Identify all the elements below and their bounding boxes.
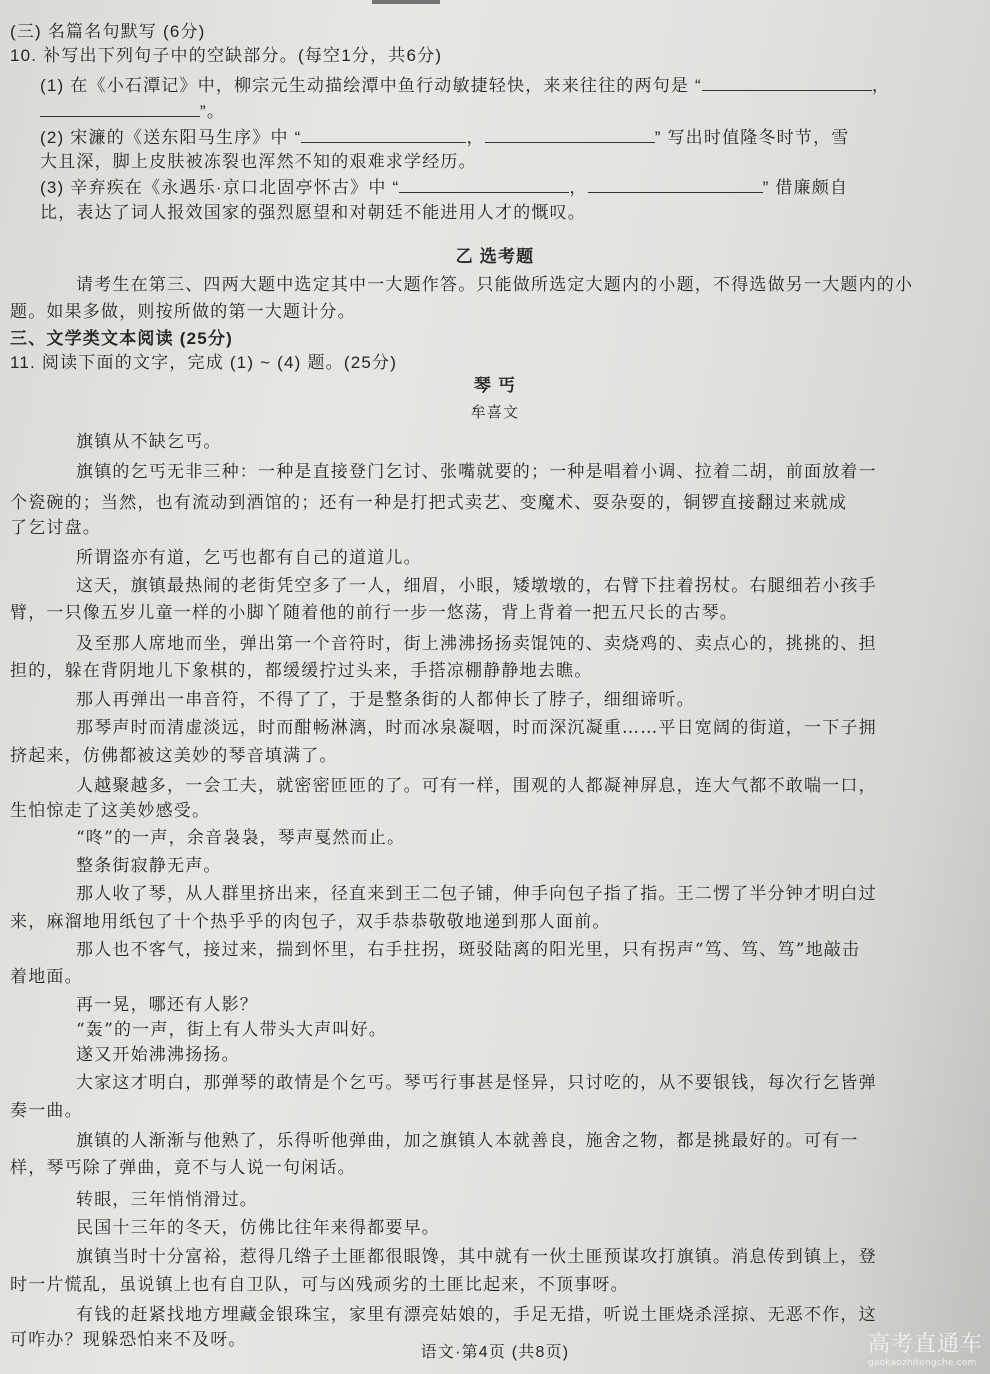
section-header-famous-quotes: (三) 名篇名句默写 (6分) [10, 22, 206, 42]
story-line: 民国十三年的冬天，仿佛比往年来得都要早。 [76, 1218, 440, 1238]
story-line: 所谓盗亦有道，乞丐也都有自己的道道儿。 [76, 548, 422, 568]
top-edge-mark [372, 0, 440, 4]
watermark-url: gaokaozhitongche.com [868, 1357, 983, 1369]
question-10-item-1-line2: ”。 [40, 102, 225, 122]
story-line: 遂又开始沸沸扬扬。 [76, 1045, 240, 1065]
story-line: 着地面。 [10, 967, 83, 987]
question-11-stem: 11. 阅读下面的文字，完成 (1) ~ (4) 题。(25分) [10, 353, 397, 373]
story-line: 个瓷碗的；当然，也有流动到酒馆的；还有一种是打把式卖艺、变魔术、耍杂耍的，铜锣直… [10, 493, 847, 513]
story-line: 时一片慌乱，虽说镇上也有自卫队，可与凶残顽劣的土匪比起来，不顶事呀。 [10, 1275, 629, 1295]
watermark-title: 高考直通车 [868, 1333, 983, 1357]
exam-page: (三) 名篇名句默写 (6分) 10. 补写出下列句子中的空缺部分。(每空1分，… [0, 0, 990, 1374]
part-b-instructions-line2: 题。如果多做，则按所做的第一大题计分。 [10, 302, 356, 322]
story-line: 旗镇的人渐渐与他熟了，乐得听他弹曲，加之旗镇人本就善良，施舍之物，都是挑最好的。… [76, 1131, 859, 1151]
story-line: 奏一曲。 [10, 1101, 83, 1121]
answer-blank[interactable] [588, 178, 763, 193]
question-10-item-2-line2: 大且深，脚上皮肤被冻裂也浑然不知的艰难求学经历。 [40, 152, 477, 172]
story-line: 旗镇从不缺乞丐。 [76, 432, 222, 452]
story-line: 这天，旗镇最热闹的老街凭空多了一人，细眉，小眼，矮墩墩的，右臂下拄着拐杖。右腿细… [76, 576, 877, 596]
answer-blank[interactable] [702, 76, 872, 91]
section-three-title: 三、文学类文本阅读 (25分) [10, 329, 233, 349]
page-footer: 语文·第4页 (共8页) [0, 1343, 990, 1363]
story-line: 那人收了琴，从人群里挤出来，径直来到王二包子铺，伸手向包子指了指。王二愣了半分钟… [76, 884, 877, 904]
story-line: 旗镇当时十分富裕，惹得几绺子土匪都很眼馋，其中就有一伙土匪预谋攻打旗镇。消息传到… [76, 1247, 877, 1267]
story-line: 了乞讨盘。 [10, 518, 101, 538]
part-b-instructions-line1: 请考生在第三、四两大题中选定其中一大题作答。只能做所选定大题内的小题，不得选做另… [76, 275, 913, 295]
story-author: 牟喜文 [0, 402, 990, 422]
story-line: 旗镇的乞丐无非三种：一种是直接登门乞讨、张嘴就要的；一种是唱着小调、拉着二胡，前… [76, 462, 877, 482]
story-line: “咚”的一声，余音袅袅，琴声戛然而止。 [76, 828, 405, 848]
story-line: 转眼，三年悄悄滑过。 [76, 1190, 258, 1210]
story-line: 及至那人席地而坐，弹出第一个音符时，街上沸沸扬扬卖馄饨的、卖烧鸡的、卖点心的，挑… [76, 634, 877, 654]
story-line: 来，麻溜地用纸包了十个热乎乎的肉包子，双手恭恭敬敬地递到那人面前。 [10, 912, 611, 932]
story-line: 那琴声时而清虚淡远，时而酣畅淋漓，时而冰泉凝咽，时而深沉凝重……平日宽阔的街道，… [76, 718, 877, 738]
story-line: 生怕惊走了这美妙感受。 [10, 801, 210, 821]
watermark: 高考直通车 gaokaozhitongche.com [868, 1333, 983, 1369]
answer-blank[interactable] [399, 178, 569, 193]
story-line: 臂，一只像五岁儿童一样的小脚丫随着他的前行一步一悠荡，背上背着一把五尺长的古琴。 [10, 603, 738, 623]
question-10-item-3-line1: (3) 辛弃疾在《永遇乐·京口北固亭怀古》中 “，” 借廉颇自 [40, 178, 848, 198]
story-line: 大家这才明白，那弹琴的敢情是个乞丐。琴丐行事甚是怪异，只讨吃的，从不要银钱，每次… [76, 1073, 877, 1093]
question-10-item-1-line1: (1) 在《小石潭记》中，柳宗元生动描绘潭中鱼行动敏捷轻快，来来往往的两句是 “… [40, 76, 890, 96]
story-line: 再一晃，哪还有人影？ [76, 995, 258, 1015]
question-10-item-2-line1: (2) 宋濂的《送东阳马生序》中 “，” 写出时值隆冬时节，雪 [40, 128, 849, 148]
story-line: 人越聚越多，一会工夫，就密密匝匝的了。可有一样，围观的人都凝神屏息，连大气都不敢… [76, 776, 877, 796]
question-10-item-3-line2: 比，表达了词人报效国家的强烈愿望和对朝廷不能进用人才的慨叹。 [40, 203, 586, 223]
story-line: 样，琴丐除了弹曲，竟不与人说一句闲话。 [10, 1158, 356, 1178]
answer-blank[interactable] [301, 128, 466, 143]
story-line: 有钱的赶紧找地方埋藏金银珠宝，家里有漂亮姑娘的，手足无措，听说土匪烧杀淫掠、无恶… [76, 1305, 877, 1325]
question-10-stem: 10. 补写出下列句子中的空缺部分。(每空1分，共6分) [10, 46, 442, 66]
answer-blank[interactable] [485, 128, 655, 143]
story-line: 挤起来，仿佛都被这美妙的琴音填满了。 [10, 746, 338, 766]
story-line: 那人再弹出一串音符，不得了了，于是整条街的人都伸长了脖子，细细谛听。 [76, 690, 695, 710]
story-line: 那人也不客气，接过来，揣到怀里，右手拄拐，斑驳陆离的阳光里，只有拐声“笃、笃、笃… [76, 940, 860, 960]
story-line: 担的，躲在背阴地儿下象棋的，都缓缓拧过头来，手搭凉棚静静地去瞧。 [10, 661, 592, 681]
story-line: 整条街寂静无声。 [76, 856, 222, 876]
answer-blank[interactable] [40, 102, 200, 117]
part-b-title: 乙 选考题 [0, 247, 990, 267]
story-line: “轰”的一声，街上有人带头大声叫好。 [76, 1020, 387, 1040]
story-title: 琴 丐 [0, 376, 990, 396]
